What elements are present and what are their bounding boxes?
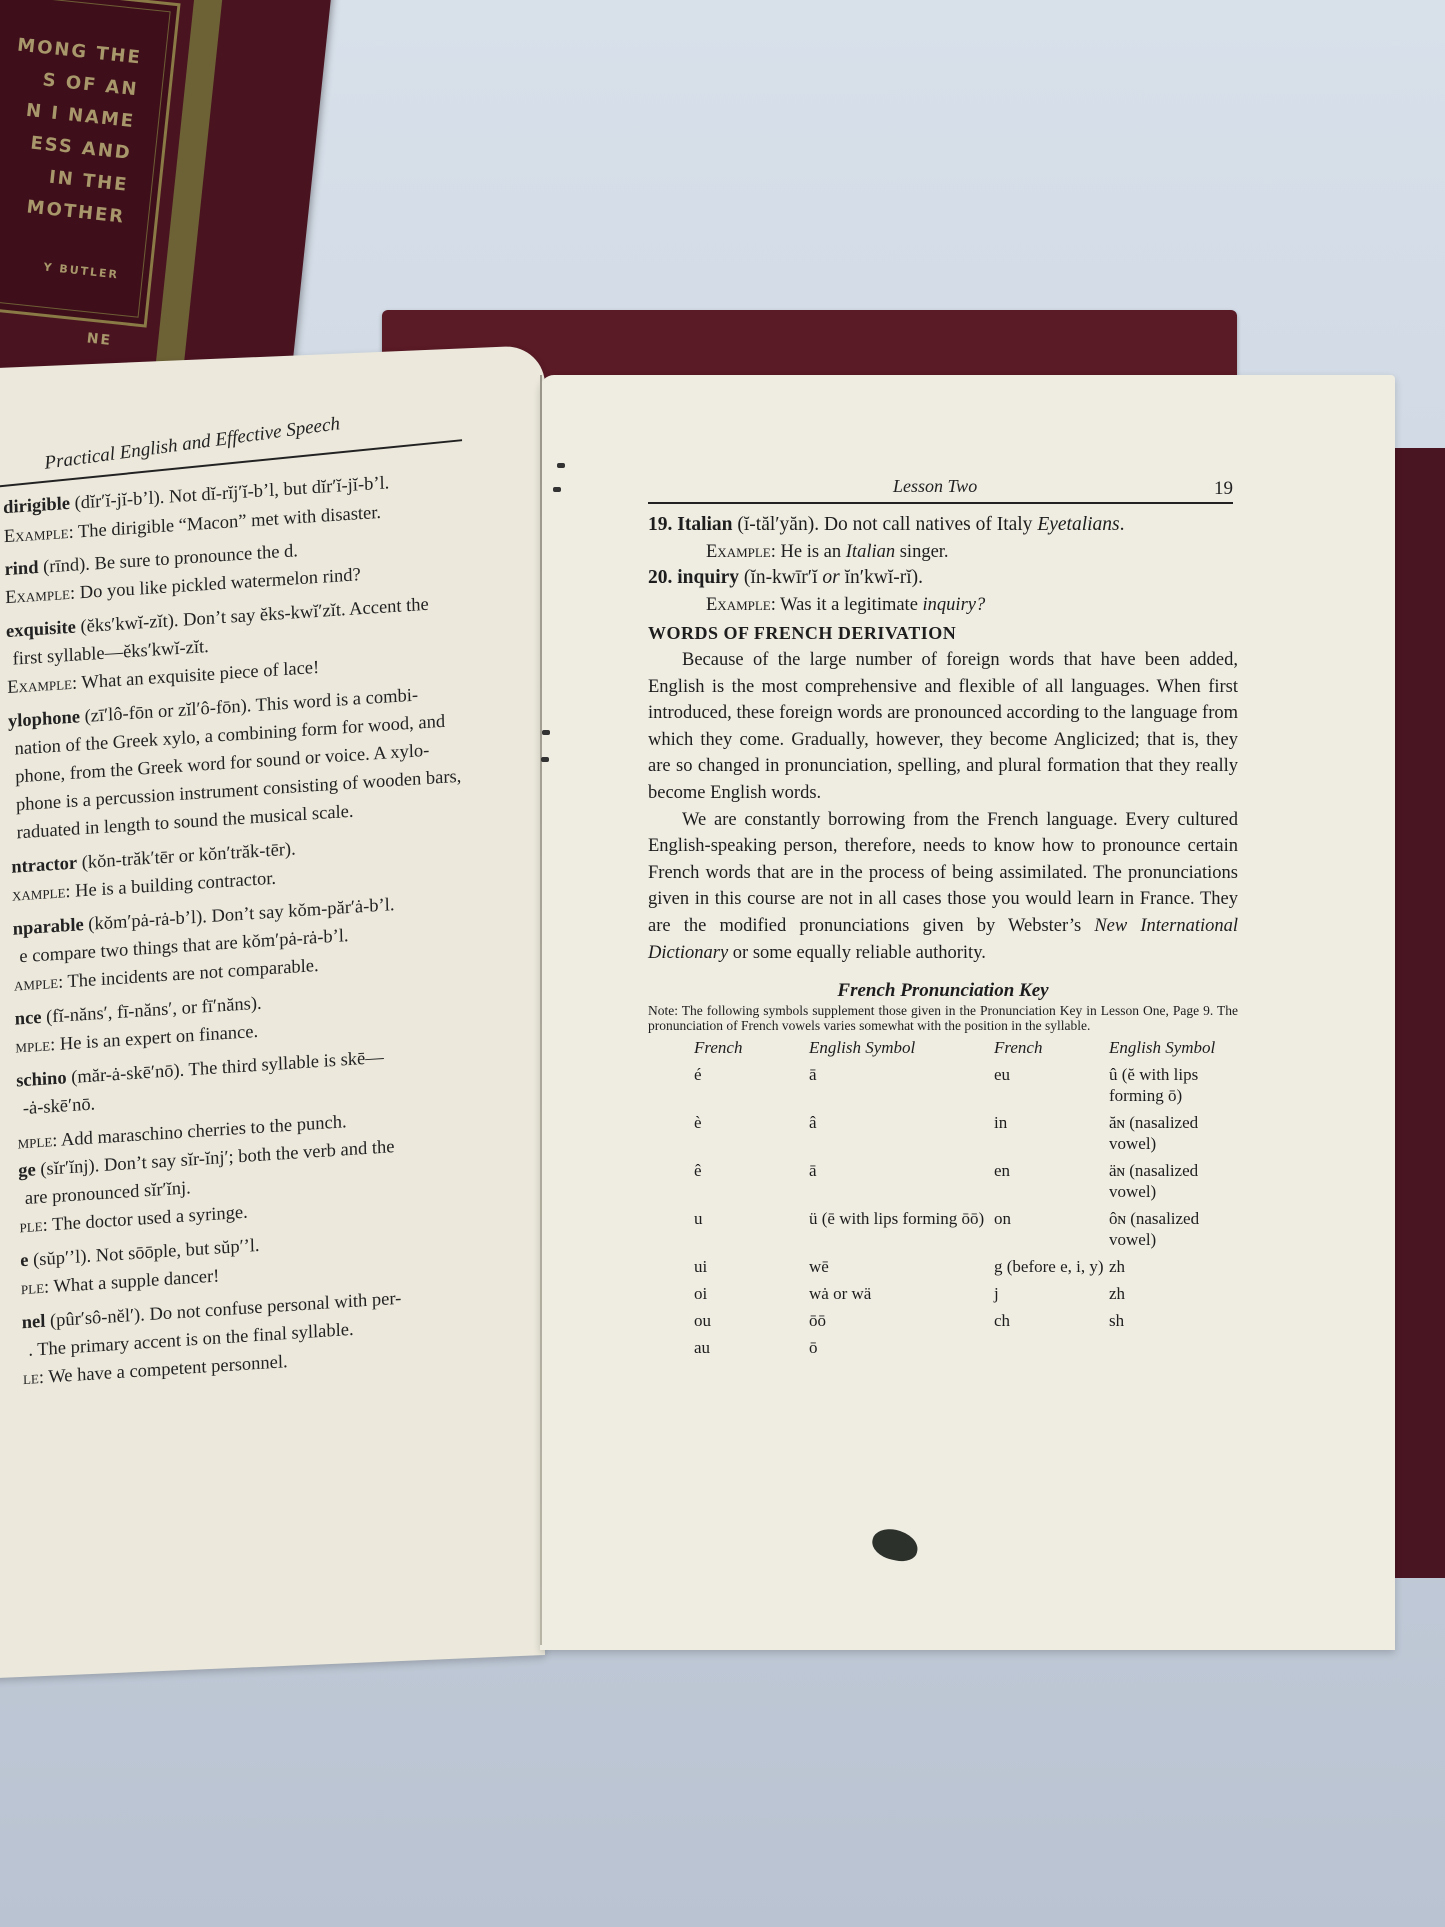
example-line: Example: Was it a legitimate inquiry? (648, 592, 1238, 619)
entry-number: 20. (648, 567, 672, 588)
example-label: le: (23, 1368, 44, 1389)
table-cell: ăɴ (nasalized vowel) (1109, 1112, 1238, 1160)
cover-gilt-frame: MONG THE S OF AN N I NAME ESS AND IN THE… (0, 0, 181, 328)
table-cell: é (648, 1064, 809, 1112)
example-text: Was it a legitimate (776, 595, 923, 615)
table-row: èâinăɴ (nasalized vowel) (648, 1112, 1238, 1160)
entry-pronunciation: (ĭn-kwīr′ĭ (739, 567, 822, 588)
table-cell (1109, 1337, 1238, 1364)
pronunciation-key-table: French English Symbol French English Sym… (648, 1035, 1238, 1364)
table-cell (994, 1337, 1109, 1364)
entry-number: 19. (648, 514, 672, 535)
cover-author: Y BUTLER (0, 240, 120, 292)
table-row: oiwȧ or wäjzh (648, 1283, 1238, 1310)
example-text: He is an (776, 542, 846, 562)
table-row: uü (ē with lips forming ōō)onôɴ (nasaliz… (648, 1208, 1238, 1256)
table-cell: è (648, 1112, 809, 1160)
column-header: French (648, 1035, 809, 1064)
table-cell: äɴ (nasalized vowel) (1109, 1160, 1238, 1208)
column-header: French (994, 1035, 1109, 1064)
table-cell: in (994, 1112, 1109, 1160)
entry-word: exquisite (6, 618, 76, 642)
example-italic: Italian (846, 542, 895, 562)
table-cell: g (before e, i, y) (994, 1256, 1109, 1283)
entry-text: -ȧ-skē′nō. (23, 1094, 96, 1119)
background-book-cover: MONG THE S OF AN N I NAME ESS AND IN THE… (0, 0, 333, 407)
key-title: French Pronunciation Key (648, 980, 1238, 1002)
table-cell: ou (648, 1310, 809, 1337)
table-cell: oi (648, 1283, 809, 1310)
table-cell: ü (ē with lips forming ōō) (809, 1208, 994, 1256)
table-cell: au (648, 1337, 809, 1364)
table-header-row: French English Symbol French English Sym… (648, 1035, 1238, 1064)
entry-word: nce (15, 1008, 42, 1030)
book-gutter (540, 375, 542, 1645)
table-cell: sh (1109, 1310, 1238, 1337)
column-header: English Symbol (809, 1035, 994, 1064)
table-cell: ê (648, 1160, 809, 1208)
table-cell: ch (994, 1310, 1109, 1337)
table-cell: ōō (809, 1310, 994, 1337)
vocab-entry-inquiry: 20. inquiry (ĭn-kwīr′ĭ or ĭn′kwĭ-rĭ). (648, 565, 1238, 592)
table-cell: wē (809, 1256, 994, 1283)
entry-note-italic: or (822, 567, 839, 588)
table-cell: zh (1109, 1283, 1238, 1310)
entry-word: nel (21, 1312, 45, 1334)
book-cover-back-right (1395, 448, 1445, 1578)
paragraph-text: or some equally reliable authority. (728, 943, 986, 963)
table-cell: u (648, 1208, 809, 1256)
section-title: WORDS OF FRENCH DERIVATION (648, 620, 1238, 647)
table-cell: û (ĕ with lips forming ō) (1109, 1064, 1238, 1112)
key-note: Note: The following symbols supplement t… (648, 1004, 1238, 1033)
binding-stitch (542, 730, 550, 735)
table-cell: â (809, 1112, 994, 1160)
paragraph-1: Because of the large number of foreign w… (648, 647, 1238, 807)
example-label: ple: (19, 1216, 48, 1238)
table-cell: ō (809, 1337, 994, 1364)
table-row: êāenäɴ (nasalized vowel) (648, 1160, 1238, 1208)
entry-note-italic: Eyetalians (1037, 514, 1119, 535)
entry-word: ntractor (11, 854, 77, 878)
table-row: éāeuû (ĕ with lips forming ō) (648, 1064, 1238, 1112)
paragraph-2: We are constantly borrowing from the Fre… (648, 807, 1238, 967)
example-text: singer. (895, 542, 948, 562)
entry-word: ylophone (8, 707, 80, 732)
table-row: uiwēg (before e, i, y)zh (648, 1256, 1238, 1283)
cover-motto: MONG THE S OF AN N I NAME ESS AND IN THE… (0, 23, 143, 357)
example-label: xample: (12, 882, 71, 906)
table-cell: ôɴ (nasalized vowel) (1109, 1208, 1238, 1256)
entry-word: ge (18, 1160, 36, 1181)
table-cell: on (994, 1208, 1109, 1256)
column-header: English Symbol (1109, 1035, 1238, 1064)
table-cell: en (994, 1160, 1109, 1208)
example-label: ple: (21, 1277, 50, 1299)
table-cell: ā (809, 1160, 994, 1208)
entry-tail: . (1120, 514, 1125, 535)
example-label: Example: (706, 595, 776, 615)
example-label: ample: (14, 972, 64, 995)
key-rows: éāeuû (ĕ with lips forming ō)èâinăɴ (nas… (648, 1064, 1238, 1364)
entry-word: rind (4, 558, 38, 580)
entry-note: Do not call natives of Italy (819, 514, 1037, 535)
entry-word: inquiry (677, 567, 739, 588)
left-page: Practical English and Effective Speech d… (0, 345, 545, 1679)
example-label: Example: (706, 542, 776, 562)
entry-word: dirigible (3, 494, 70, 518)
table-row: auō (648, 1337, 1238, 1364)
example-line: Example: He is an Italian singer. (648, 539, 1238, 566)
cover-gilt-rim (156, 0, 226, 369)
table-cell: wȧ or wä (809, 1283, 994, 1310)
example-label: Example: (4, 523, 74, 547)
entry-word: Italian (677, 514, 732, 535)
table-row: ouōōchsh (648, 1310, 1238, 1337)
cover-tail-text: NE (0, 305, 114, 357)
table-cell: zh (1109, 1256, 1238, 1283)
right-page-body: 19. Italian (ĭ-tăl′yăn). Do not call nat… (648, 512, 1238, 1364)
binding-stitch (553, 487, 561, 492)
table-cell: ui (648, 1256, 809, 1283)
table-cell: eu (994, 1064, 1109, 1112)
page-number: 19 (1214, 478, 1233, 500)
example-label: Example: (5, 584, 75, 608)
lesson-title: Lesson Two (893, 476, 977, 497)
example-italic: inquiry? (923, 595, 986, 615)
binding-stitch (541, 757, 549, 762)
vocab-entry-italian: 19. Italian (ĭ-tăl′yăn). Do not call nat… (648, 512, 1238, 539)
entry-tail: ĭn′kwĭ-rĭ). (840, 567, 923, 588)
entry-word: schino (16, 1068, 67, 1091)
header-rule (648, 502, 1233, 504)
binding-stitch (557, 463, 565, 468)
example-label: mple: (15, 1035, 55, 1058)
table-cell: j (994, 1283, 1109, 1310)
table-cell: ā (809, 1064, 994, 1112)
example-label: mple: (17, 1131, 57, 1154)
example-label: Example: (7, 673, 77, 697)
entry-pronunciation: (ĭ-tăl′yăn). (733, 514, 820, 535)
entry-word: nparable (13, 915, 84, 940)
